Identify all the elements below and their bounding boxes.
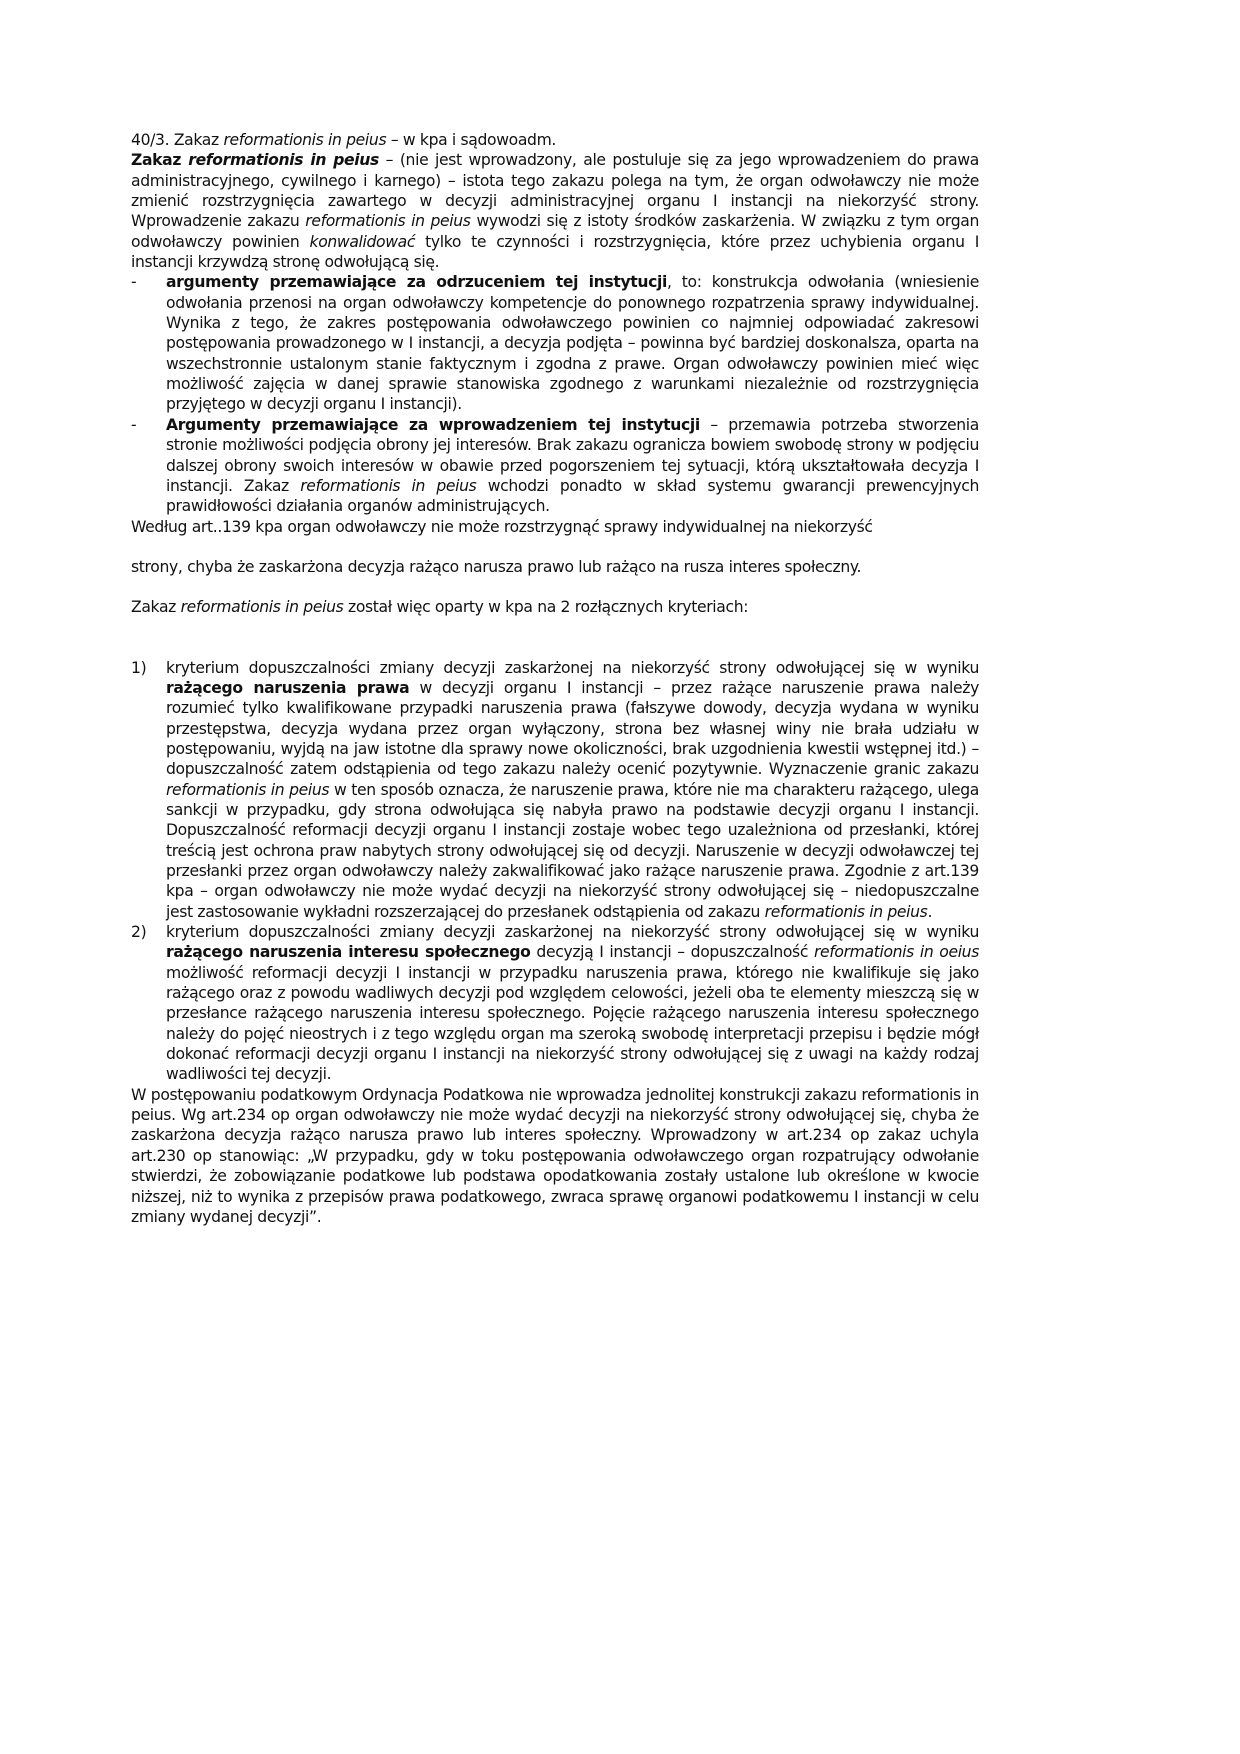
intro-bold-italic: reformationis in peius	[188, 151, 379, 169]
criterion-italic: reformationis in peius	[765, 903, 928, 921]
criterion-bold: rażącego naruszenia prawa	[166, 679, 409, 697]
spacer	[131, 577, 979, 597]
criterion-bold: rażącego naruszenia interesu społecznego	[166, 943, 531, 961]
criteria-intro: Zakaz reformationis in peius został więc…	[131, 597, 979, 617]
criteria-intro-italic: reformationis in peius	[181, 598, 344, 616]
intro-italic: konwalidować	[310, 233, 416, 251]
heading-italic: reformationis in peius	[223, 131, 386, 149]
bullet-bold: argumenty przemawiające za odrzuceniem t…	[166, 273, 667, 291]
criterion-text: możliwość reformacji decyzji I instancji…	[166, 964, 979, 1084]
document-page: 40/3. Zakaz reformationis in peius – w k…	[131, 130, 979, 1227]
bullet-marker: -	[131, 272, 136, 292]
bullet-text: , to: konstrukcja odwołania (wniesienie …	[166, 273, 979, 413]
list-number: 1)	[131, 658, 146, 678]
criterion-item-2: 2) kryterium dopuszczalności zmiany decy…	[131, 922, 979, 1085]
criterion-text: kryterium dopuszczalności zmiany decyzji…	[166, 659, 979, 677]
criterion-italic: reformationis in peius	[166, 781, 329, 799]
criterion-text: kryterium dopuszczalności zmiany decyzji…	[166, 923, 979, 941]
criteria-intro-text: został więc oparty w kpa na 2 rozłącznyc…	[343, 598, 748, 616]
intro-paragraph: Zakaz reformationis in peius – (nie jest…	[131, 150, 979, 272]
heading-text: 40/3. Zakaz	[131, 131, 223, 149]
art139-line-1: Według art..139 kpa organ odwoławczy nie…	[131, 517, 979, 537]
criterion-text: w ten sposób oznacza, że naruszenie praw…	[166, 781, 979, 921]
art139-line-2: strony, chyba że zaskarżona decyzja rażą…	[131, 557, 979, 577]
spacer	[131, 618, 979, 658]
criterion-text: .	[927, 903, 932, 921]
criterion-item-1: 1) kryterium dopuszczalności zmiany decy…	[131, 658, 979, 922]
bullet-item-against: - argumenty przemawiające za odrzuceniem…	[131, 272, 979, 414]
criterion-text: decyzją I instancji – dopuszczalność	[531, 943, 814, 961]
criteria-intro-text: Zakaz	[131, 598, 181, 616]
criterion-italic: reformationis in oeius	[814, 943, 979, 961]
tax-paragraph: W postępowaniu podatkowym Ordynacja Poda…	[131, 1085, 979, 1227]
document-heading: 40/3. Zakaz reformationis in peius – w k…	[131, 130, 979, 150]
spacer	[131, 537, 979, 557]
intro-italic: reformationis in peius	[305, 212, 470, 230]
heading-text-suffix: – w kpa i sądowoadm.	[386, 131, 556, 149]
list-number: 2)	[131, 922, 146, 942]
bullet-item-for: - Argumenty przemawiające za wprowadzeni…	[131, 415, 979, 517]
intro-bold: Zakaz	[131, 151, 188, 169]
bullet-marker: -	[131, 415, 136, 435]
bullet-bold: Argumenty przemawiające za wprowadzeniem…	[166, 416, 700, 434]
bullet-italic: reformationis in peius	[300, 477, 476, 495]
